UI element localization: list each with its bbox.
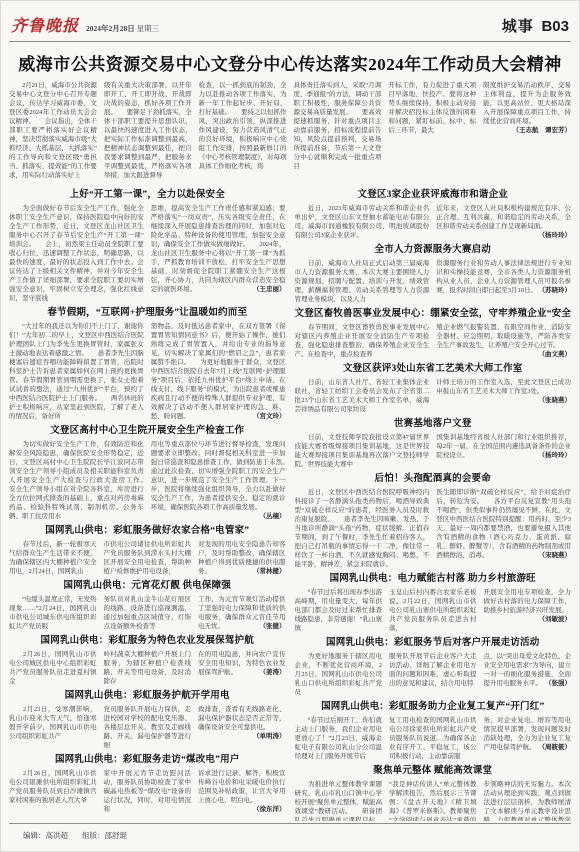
column-text: 日前，威海市人社局正式启动第三届威海市人力资源服务大赛，本次大赛主要围绕人力资源…: [295, 260, 430, 303]
column-text: 具体责任落实到人，采取“月调度、季通报”的方法，调动干部职工积极性，服务保障公共…: [293, 82, 381, 170]
byline: （徐东洋）: [253, 805, 286, 814]
page-body: 上好“开工第一课”，全力以赴保安全 为全面做好春节后安全生产工作，强化全体职工安…: [1, 184, 579, 821]
article-column: 思维，提高安全生产工作责任感和紧迫感；要严格落实“一岗双责”，压实各级安全责任，…: [151, 204, 286, 303]
article-body: “春节过后刚开工，你们就主动上门服务，我们企业用电更放心了！”2月23日，威海金…: [295, 716, 572, 761]
column-text: 为更好地服务于辖区用电企业，不断优化营商环境，2月25日，国网乳山市供电公司乳山…: [295, 653, 383, 696]
top-article: 威海市公共资源交易中心文登分中心传达落实2024年工作动员大会精神 2月21日，…: [1, 42, 579, 184]
byline: （丛楠）: [260, 512, 286, 521]
article: 国网乳山供电：彩虹服务为特色农业发展保驾护航 2月26日，国网乳山市供电公司城区…: [9, 635, 286, 686]
article-column: 2月26日，国网乳山市供电公司银滩供电所组织彩虹共产党员服务队员到白沙滩镇宫家村…: [9, 769, 97, 814]
article-column: 具体责任落实到人，采取“月调度、季通报”的方法，调动干部职工积极性，服务保障公共…: [293, 81, 381, 180]
column-text: 级有关重大决策部署，以开年即开工、开工即开战、开战即决战的姿态，抓好各项工作开展…: [104, 82, 192, 179]
article: 文登区3家企业获评威海市和谐企业 近日，2023年威海市劳动关系和谐企业名单出炉…: [295, 189, 572, 240]
article-column: “大过年的我还以为你们不上门了，谢谢你们！”大年初二的早上，文登区中西医结合医院…: [9, 322, 144, 421]
article-column: 近年来，文登区人社局积极构建规范有序、公正合理、互利共赢、和谐稳定的劳动关系，全…: [436, 204, 571, 240]
article-column: 服务队开展节后企业客户大走访活动，详细了解企业用电方面的问题和困难，虚心听取提出…: [389, 652, 477, 697]
article-column: 致排查，查看有无线路老化、漏电保护器状态是否正常等，确保设备安全可靠供电。（单明…: [198, 705, 286, 750]
masthead-logo: 齐鲁晚报: [11, 13, 79, 36]
date-text: 2024年2月28日: [86, 24, 135, 33]
article-column: 2月21日，威海市公共资源交易中心文登分中心召开专题会议，传达学习威海市委、文登…: [9, 81, 97, 180]
article-column: “电缆头温度正常，无发热现象……”2月24日，国网乳山市供电公司城东供电所组织彩…: [9, 595, 97, 631]
column-text: “我是神话传讲人”单元整体教学解读报告，然后展示三节课例：《盘古开天地》《精卫填…: [389, 781, 477, 821]
page-footer: 编辑：高洪超 组版：邵舒琨: [9, 823, 571, 851]
column-text: 医生随即诊断“双硫仑样反应”，给予对症治疗后，转危为安。 各方平台反复宣教“用头…: [436, 489, 571, 559]
page-number: B03: [541, 18, 569, 35]
column-text: 2月23日，受寒潮影响，乳山市迎来大雪天气，恰逢寒假开学前夕，国网乳山市供电公司…: [9, 706, 97, 740]
byline: （宫文玲）: [253, 412, 286, 421]
article-column: 为推进单元整体教学课题研究，乳山市乳山口镇中心学校开展“聚焦单元整体，赋能高效课…: [295, 780, 383, 821]
byline: （单明涛）: [253, 732, 286, 741]
article-title: 全市人力资源服务大赛启动: [295, 244, 572, 256]
article-column: 在的用电隐患，并向农户宣传安全用电知识，为特色农业发展保驾护航。（姜涛）: [198, 650, 286, 686]
byline: （周筱筱）: [539, 743, 572, 752]
article-body: 春节期间，文登区畜牧兽医事业发展中心对辖区内养殖企业开展安全消防生产专项检查，强…: [295, 323, 572, 359]
article-column: 务，对企业复电、增容等用电情况提早部署，发现问题及时消缺处理，全力为企业复工复产…: [484, 716, 572, 761]
column-text: 岭村蔬菜大棚种植户开展上门服务，为辖区种植户检查线路、开关等用电设备，及时消除存: [104, 651, 192, 685]
article-column: 检查，以一抓到底的韧劲，全力以赴推动各项工作落实，为新一年工作起好步、开好局、打…: [199, 81, 287, 180]
page-header: 齐鲁晚报 2024年2月28日 星期三 城事 B03: [1, 1, 579, 41]
column-text: 2月26日，国网乳山市供电公司银滩供电所组织彩虹共产党员服务队员到白沙滩镇宫家村…: [9, 770, 97, 804]
article-title: 国网乳山供电：彩虹服务为特色农业发展保驾护航: [9, 635, 286, 647]
article: 上好“开工第一课”，全力以赴保安全 为全面做好春节后安全生产工作，强化全体职工安…: [9, 189, 286, 303]
column-text: 需物品，及时抵达患者家中，在双方签署《留置胃管知情同意书》后，便开始了操作，她们…: [151, 323, 286, 420]
byline: （张晓燕）: [539, 396, 572, 405]
article-column: 限度维护交易活动秩序、交易主体利益，提升为企服务效能，以更高站位、更大格局深入开…: [483, 81, 571, 180]
column-text: 诉求进行记录、解答，积极宣传峰谷电价和电采暖电价执行范围及补贴政策，让宫大爷用上…: [198, 770, 286, 804]
column-text: 开展安全用电专项检查，全力做好古村落的电力保障工作，助推乡村旅游经济兴旺发展。: [484, 589, 572, 614]
column-text: 计师王培万的工作室入选，至此文登区已成功申报山东省工艺美术大师工作室3处。: [436, 379, 571, 395]
column-text: 检查，以一抓到底的韧劲，全力以赴推动各项工作落实，为新一年工作起好步、开好局、打…: [199, 82, 287, 170]
article-column: 玉皇山后村内番合农家乐老板说。2月22日，国网乳山市供电公司乳山寨供电所组织彩虹…: [389, 588, 477, 633]
article-column: 计师王培万的工作室入选，至此文登区已成功申报山东省工艺美术大师工作室3处。（张晓…: [436, 378, 571, 414]
column-text: 日前，山东省人社厅、省轻工业集体企业联社、省轻工纺织工会委员会发布了全省第二批2…: [295, 379, 430, 413]
article-body: “大过年的我还以为你们不上门了，谢谢你们！”大年初二的早上，文登区中西医结合医院…: [9, 322, 286, 421]
article-column: 诉求进行记录、解答，积极宣传峰谷电价和电采暖电价执行范围及补贴政策，让宫大爷用上…: [198, 769, 286, 814]
article-column: 资源服务行业和劳动人事法律法规进行专业知识和实操技能竞赛，全市各类人力资源服务机…: [436, 259, 571, 304]
article-column: 家中开展元宵节走访慰问活动，服务队员协助检查了家中碳晶电热板等“煤改电”设备的运…: [104, 769, 192, 814]
article-body: 为全面做好春节后安全生产工作，强化全体职工安全生产意识，保持医院稳中向好的安全生…: [9, 204, 286, 303]
article-title: 国网乳山供电：彩虹服务助力企业复工复产“开门红”: [295, 701, 572, 713]
right-column-group: 文登区3家企业获评威海市和谐企业 近日，2023年威海市劳动关系和谐企业名单出炉…: [295, 186, 572, 821]
article-body: “春节过后将出现春季出游高峰期，用电量变大，每年供电部门都会及时过来帮忙排查线路…: [295, 588, 572, 633]
column-text: 春节期间，文登区畜牧兽医事业发展中心对辖区内养殖企业开展安全消防生产专项检查，强…: [295, 324, 430, 358]
article-title: 文登区高村中心卫生院开展安全生产检查工作: [9, 425, 286, 437]
article-body: 近日，2023年威海市劳动关系和谐企业名单出炉，文登区山东文登抽水蓄能电站有限公…: [295, 204, 572, 240]
column-text: 思维，提高安全生产工作责任感和紧迫感；要严格落实“一岗双责”，压实各级安全责任，…: [151, 205, 286, 293]
article-column: 2月23日，受寒潮影响，乳山市迎来大雪天气，恰逢寒假开学前夕，国网乳山市供电公司…: [9, 705, 97, 750]
article-column: 对发现的用电安全隐患告知客户，及时帮助整改，确保辖区种植户得到优质便捷的供电服务…: [198, 540, 286, 576]
article-column: 岭村蔬菜大棚种植户开展上门服务，为辖区种植户检查线路、开关等用电设备，及时消除存: [104, 650, 192, 686]
column-text: 家中开展元宵节走访慰问活动，服务队员协助检查了家中碳晶电热板等“煤改电”设备的运…: [104, 770, 192, 813]
byline: （常林健）: [253, 567, 286, 576]
byline: （张健）: [260, 622, 286, 631]
byline: （杨玲玲）: [539, 451, 572, 460]
article-body: 2月26日，国网乳山市供电公司城区供电中心组织彩虹共产党员服务队员走进夏村镇金岭…: [9, 650, 286, 686]
article: 国网乳山供电：彩虹服务走访“煤改电”用户 2月26日，国网乳山市供电公司银滩供电…: [9, 754, 286, 814]
byline: （王忠丽）: [253, 285, 286, 294]
byline: （姜涛）: [260, 668, 286, 677]
byline: （刘敏波）: [539, 615, 572, 624]
column-text: 玉皇山后村内番合农家乐老板说。2月22日，国网乳山市供电公司乳山寨供电所组织彩虹…: [389, 589, 477, 632]
article-column: 级有关重大决策部署，以开年即开工、开工即开战、开战即决战的姿态，抓好各项工作开展…: [104, 81, 192, 180]
article-column: 近日，2023年威海市劳动关系和谐企业名单出炉，文登区山东文登抽水蓄能电站有限公…: [295, 204, 430, 240]
layout-credit: 组版：邵舒琨: [82, 830, 127, 841]
article-title: 国网乳山供电：彩虹服务护航开学用电: [9, 690, 286, 702]
column-text: “春节过后刚开工，你们就主动上门服务，我们企业用电更放心了！”2月23日，威海金…: [295, 717, 383, 760]
article: 国网乳山供电：元宵花灯靓 供电保障强 “电缆头温度正常，无发热现象……”2月24…: [9, 580, 286, 631]
article-title: 国网乳山供电：元宵花灯靓 供电保障强: [9, 580, 286, 592]
column-text: 2月21日，威海市公共资源交易中心文登分中心召开专题会议，传达学习威海市委、文登…: [9, 82, 97, 179]
byline: （杨玲玲）: [539, 231, 572, 240]
column-text: 致排查，查看有无线路老化、漏电保护器状态是否正常等，确保设备安全可靠供电。: [198, 706, 286, 731]
article-body: 日前，山东省人社厅、省轻工业集体企业联社、省轻工纺织工会委员会发布了全省第二批2…: [295, 378, 572, 414]
article-title: 文登区3家企业获评威海市和谐企业: [295, 189, 572, 201]
article-body: 近日，文登区中西医结合医院呼吸神经内科接诊了一名静滴头孢类药物后，喝酒导致典型“…: [295, 488, 572, 569]
article: 聚焦单元整体 赋能高效课堂 为推进单元整体教学课题研究，乳山市乳山口镇中心学校开…: [295, 765, 572, 821]
article-column: “春节过后刚开工，你们就主动上门服务，我们企业用电更放心了！”2月23日，威海金…: [295, 716, 383, 761]
article-column: 工作，为元宵节观灯活动提供了坚强的电力保障和优质的供电服务，确保群众元宵佳节用电…: [198, 595, 286, 631]
article: 全市人力资源服务大赛启动 日前，威海市人社局正式启动第三届威海市人力资源服务大赛…: [295, 244, 572, 304]
article-column: 复工用电检查的国网乳山市供电公司徐家供电所彩虹共产党员服务队员说道。为确保各企业…: [389, 716, 477, 761]
column-text: 开标工作，有力促进了重大项目早落地、快投产。要将这种势头继续保持，积极主动对接并…: [388, 82, 476, 134]
article-body: “电缆头温度正常，无发热现象……”2月24日，国网乳山市供电公司城东供电所组织彩…: [9, 595, 286, 631]
article-column: 用电等重点部位与环节进行督导检查，发现问题要求立即整改，同时督促相关科室进一步加…: [151, 440, 286, 521]
column-text: 2月26日，国网乳山市供电公司城区供电中心组织彩虹共产党员服务队员走进夏村镇金: [9, 651, 97, 685]
issue-date: 2024年2月28日 星期三: [86, 23, 159, 34]
article-column: “春节过后将出现春季出游高峰期，用电量变大，每年供电部门都会及时过来帮忙排查线路…: [295, 588, 383, 633]
article-column: 步领略神话的无穷魅力。本次活动从理论到实践、观点到做法进行层层剖析，为教师厘清了…: [484, 780, 572, 821]
article-title: 国网乳山供电：电力赋能古村落 助力乡村旅游旺: [295, 573, 572, 585]
column-text: 近日，2023年威海市劳动关系和谐企业名单出炉，文登区山东文登抽水蓄能电站有限公…: [295, 205, 430, 239]
article: 春节假期，“互联网+护理服务”让温暖如约而至 “大过年的我还以为你们不上门了，谢…: [9, 307, 286, 421]
article-column: 开展安全用电专项检查，全力做好古村落的电力保障工作，助推乡村旅游经济兴旺发展。（…: [484, 588, 572, 633]
article-column: 日前，山东省人社厅、省轻工业集体企业联社、省轻工纺织工会委员会发布了全省第二批2…: [295, 378, 430, 414]
article-body: 日前，文登技师学院获批设立第47届世界技能大赛省级焊接项目集训基地，这是世界技能…: [295, 433, 572, 469]
column-text: 日前，文登技师学院获批设立第47届世界技能大赛省级焊接项目集训基地，这是世界技能…: [295, 434, 430, 468]
column-text: 市供电公司诸往供电所彩虹共产党员服务队到涝水头村大棚区开展安全用电检查，帮助种植…: [104, 541, 192, 575]
column-text: 党员服务队开展电力保供，走进校园对学校的配电变压器、各楼层总开关、教室及走廊线路…: [104, 706, 192, 749]
article-title: 国网乳山供电：彩虹服务节后对客户开展走访活动: [295, 637, 572, 649]
article-column: 开标工作，有力促进了重大项目早落地、快投产。要将这种势头继续保持，积极主动对接并…: [388, 81, 476, 180]
article-body: 为推进单元整体教学课题研究，乳山市乳山口镇中心学校开展“聚焦单元整体，赋能高效课…: [295, 780, 572, 821]
article-column: 需物品，及时抵达患者家中，在双方签署《留置胃管知情同意书》后，便开始了操作，她们…: [151, 322, 286, 421]
byline: （宋晓燕）: [539, 551, 572, 560]
article-body: 为切实做好安全生产工作，有效防范和化解安全风险隐患，确保医院安全形势稳定，近日，…: [9, 440, 286, 521]
article: 国网乳山供电：彩虹服务护航开学用电 2月23日，受寒潮影响，乳山市迎来大雪天气，…: [9, 690, 286, 750]
article-body: 春节过后，新一轮极寒天气给群众生产生活带来不便，为确保辖区内大棚种植户安全用电，…: [9, 540, 286, 576]
editor-credit: 编辑：高洪超: [23, 830, 68, 841]
article-title: 国网乳山供电：彩虹服务走访“煤改电”用户: [9, 754, 286, 766]
column-text: 近年来，文登区人社局积极构建规范有序、公正合理、互利共赢、和谐稳定的劳动关系，全…: [436, 205, 571, 230]
article: 国网乳山供电：电力赋能古村落 助力乡村旅游旺 “春节过后将出现春季出游高峰期，用…: [295, 573, 572, 633]
article-title: 国网乳山供电：彩虹服务做好农家合格“电管家”: [9, 525, 286, 537]
article: 国网乳山供电：彩虹服务节后对客户开展走访活动 为更好地服务于辖区用电企业，不断优…: [295, 637, 572, 697]
column-text: 用电等重点部位与环节进行督导检查，发现问题要求立即整改，同时督促相关科室进一步加…: [151, 441, 286, 511]
article-body: 为更好地服务于辖区用电企业，不断优化营商环境，2月25日，国网乳山市供电公司乳山…: [295, 652, 572, 697]
top-article-title: 威海市公共资源交易中心文登分中心传达落实2024年工作动员大会精神: [9, 50, 571, 75]
column-text: 殖企业燃气报警装置、有限空间作业、消防安全器材、应急照明、取暖设施等，严防各类安…: [436, 324, 571, 349]
article-column: 市供电公司诸往供电所彩虹共产党员服务队到涝水头村大棚区开展安全用电检查，帮助种植…: [104, 540, 192, 576]
article-column: 近日，文登区中西医结合医院呼吸神经内科接诊了一名静滴头孢类药物后，喝酒导致典型“…: [295, 488, 430, 569]
column-text: 限度维护交易活动秩序、交易主体利益，提升为企服务效能，以更高站位、更大格局深入开…: [483, 82, 571, 125]
article-body: 日前，威海市人社局正式启动第三届威海市人力资源服务大赛，本次大赛主要围绕人力资源…: [295, 259, 572, 304]
column-text: 务队员对乳山金牛山花灯展区的线路、设备进行巡视测温，通过加强重点区域值守、灯饰点…: [104, 596, 192, 630]
column-text: 为切实做好安全生产工作，有效防范和化解安全风险隐患，确保医院安全形势稳定，近日，…: [9, 441, 157, 520]
byline: （张强）: [545, 679, 571, 688]
article-body: 2月23日，受寒潮影响，乳山市迎来大雪天气，恰逢寒假开学前夕，国网乳山市供电公司…: [9, 705, 286, 750]
byline: （王志航 谭宏芳）: [512, 126, 571, 135]
article: 国网乳山供电：彩虹服务助力企业复工复产“开门红” “春节过后刚开工，你们就主动上…: [295, 701, 572, 761]
newspaper-page: 齐鲁晚报 2024年2月28日 星期三 城事 B03 威海市公共资源交易中心文登…: [0, 0, 580, 852]
section-name: 城事: [502, 19, 534, 35]
column-text: 近日，文登区中西医结合医院呼吸神经内科接诊了一名静滴头孢类药物后，喝酒导致典型“…: [295, 489, 430, 568]
article-column: 医生随即诊断“双硫仑样反应”，给予对症治疗后，转危为安。 各方平台反复宣教“用头…: [436, 488, 571, 569]
article-title: 文登区获评3处山东省工艺美术大师工作室: [295, 363, 572, 375]
article-column: 点，以“突出母爱文化特色，企业安全用电需求”为导向，建立一对一的细化服务措施，全…: [484, 652, 572, 697]
column-text: “电缆头温度正常，无发热现象……”2月24日，国网乳山市供电公司城东供电所组织彩…: [9, 596, 97, 630]
article-title: 上好“开工第一课”，全力以赴保安全: [9, 189, 286, 201]
article-title: 后怕！头孢配酒真的会要命: [295, 473, 572, 485]
article-column: 党员服务队开展电力保供，走进校园对学校的配电变压器、各楼层总开关、教室及走廊线路…: [104, 705, 192, 750]
article-title: 世赛基地落户文登: [295, 418, 572, 430]
article-column: 为切实做好安全生产工作，有效防范和化解安全风险隐患，确保医院安全形势稳定，近日，…: [9, 440, 144, 521]
article-column: 国集训基地经省级人社部门和行业组织推荐，每2年一届，在全国范围内遴选具备条件的企…: [436, 433, 571, 469]
article: 后怕！头孢配酒真的会要命 近日，文登区中西医结合医院呼吸神经内科接诊了一名静滴头…: [295, 473, 572, 569]
weekday-text: 星期三: [137, 24, 160, 33]
column-text: 步领略神话的无穷魅力。本次活动从理论到实践、观点到做法进行层层剖析，为教师厘清了…: [484, 781, 572, 821]
article-column: 日前，文登技师学院获批设立第47届世界技能大赛省级焊接项目集训基地，这是世界技能…: [295, 433, 430, 469]
top-article-body: 2月21日，威海市公共资源交易中心文登分中心召开专题会议，传达学习威海市委、文登…: [9, 81, 571, 180]
article: 文登区获评3处山东省工艺美术大师工作室 日前，山东省人社厅、省轻工业集体企业联社…: [295, 363, 572, 414]
column-text: 春节过后，新一轮极寒天气给群众生产生活带来不便，为确保辖区内大棚种植户安全用电，…: [9, 541, 97, 575]
article: 文登区高村中心卫生院开展安全生产检查工作 为切实做好安全生产工作，有效防范和化解…: [9, 425, 286, 521]
article-body: 2月26日，国网乳山市供电公司银滩供电所组织彩虹共产党员服务队员到白沙滩镇宫家村…: [9, 769, 286, 814]
column-text: “春节过后将出现春季出游高峰期，用电量变大，每年供电部门都会及时过来帮忙排查线路…: [295, 589, 383, 632]
article: 文登区畜牧兽医事业发展中心：绷紧安全弦，守牢养殖企业“安全关” 春节期间，文登区…: [295, 308, 572, 359]
article: 世赛基地落户文登 日前，文登技师学院获批设立第47届世界技能大赛省级焊接项目集训…: [295, 418, 572, 469]
article-column: 为全面做好春节后安全生产工作，强化全体职工安全生产意识，保持医院稳中向好的安全生…: [9, 204, 144, 303]
column-text: 服务队开展节后企业客户大走访活动，详细了解企业用电方面的问题和困难，虚心听取提出…: [389, 653, 477, 687]
article-column: 春节期间，文登区畜牧兽医事业发展中心对辖区内养殖企业开展安全消防生产专项检查，强…: [295, 323, 430, 359]
article-title: 文登区畜牧兽医事业发展中心：绷紧安全弦，守牢养殖企业“安全关”: [295, 308, 572, 320]
left-column-group: 上好“开工第一课”，全力以赴保安全 为全面做好春节后安全生产工作，强化全体职工安…: [9, 186, 286, 821]
article-column: 2月26日，国网乳山市供电公司城区供电中心组织彩虹共产党员服务队员走进夏村镇金: [9, 650, 97, 686]
article: 国网乳山供电：彩虹服务做好农家合格“电管家” 春节过后，新一轮极寒天气给群众生产…: [9, 525, 286, 576]
article-column: 殖企业燃气报警装置、有限空间作业、消防安全器材、应急照明、取暖设施等，严防各类安…: [436, 323, 571, 359]
byline: （苏晓玲）: [539, 286, 572, 295]
article-column: 务队员对乳山金牛山花灯展区的线路、设备进行巡视测温，通过加强重点区域值守、灯饰点…: [104, 595, 192, 631]
article-column: 为更好地服务于辖区用电企业，不断优化营商环境，2月25日，国网乳山市供电公司乳山…: [295, 652, 383, 697]
column-text: 为推进单元整体教学课题研究，乳山市乳山口镇中心学校开展“聚焦单元整体，赋能高效课…: [295, 781, 383, 821]
article-column: 日前，威海市人社局正式启动第三届威海市人力资源服务大赛，本次大赛主要围绕人力资源…: [295, 259, 430, 304]
article-column: “我是神话传讲人”单元整体教学解读报告，然后展示三节课例：《盘古开天地》《精卫填…: [389, 780, 477, 821]
column-text: “大过年的我还以为你们不上门了，谢谢你们！”大年初二的早上，文登区中西医结合医院…: [9, 323, 144, 420]
column-text: 复工用电检查的国网乳山市供电公司徐家供电所彩虹共产党员服务队员说道。为确保各企业…: [389, 717, 477, 760]
column-text: 为全面做好春节后安全生产工作，强化全体职工安全生产意识，保持医院稳中向好的安全生…: [9, 205, 144, 302]
article-title: 春节假期，“互联网+护理服务”让温暖如约而至: [9, 307, 286, 319]
byline: （曲文燕）: [539, 350, 572, 359]
article-column: 春节过后，新一轮极寒天气给群众生产生活带来不便，为确保辖区内大棚种植户安全用电，…: [9, 540, 97, 576]
article-title: 聚焦单元整体 赋能高效课堂: [295, 765, 572, 777]
